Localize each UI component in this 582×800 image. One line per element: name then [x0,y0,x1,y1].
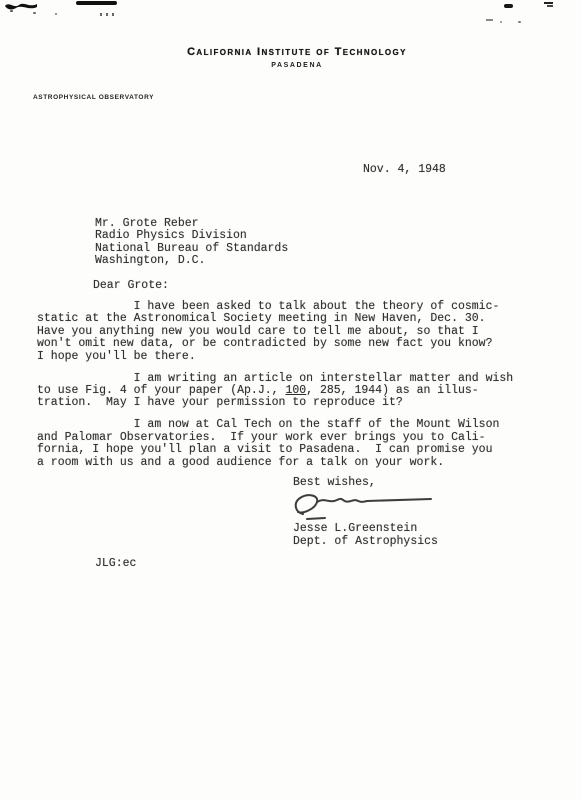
scan-dash-icon [486,19,493,21]
body-line: tration. May I have your permission to r… [37,397,547,409]
body-line: won't omit new data, or be contradicted … [37,338,547,350]
valediction: Best wishes, [293,477,441,489]
body-line: a room with us and a good audience for a… [37,457,547,469]
salutation: Dear Grote: [93,280,169,292]
scan-mark-blob-icon [504,4,513,8]
sender-name: Jesse L.Greenstein [293,523,441,535]
scan-dot-icon [518,21,521,23]
scan-dot-icon [500,21,502,23]
body-line: I am now at Cal Tech on the staff of the… [37,419,547,431]
signature-scribble [289,492,441,522]
letter-date: Nov. 4, 1948 [363,164,446,176]
letterhead-city: Pasadena [0,62,582,69]
body-line: fornia, I hope you'll plan a visit to Pa… [37,444,547,456]
recipient-address: Mr. Grote Reber Radio Physics Division N… [95,218,288,268]
scan-dot-icon [10,10,13,12]
letter-page: California Institute of Technology Pasad… [0,0,582,800]
closing-block: Best wishes, Jesse L.Greenstein Dept. of… [293,477,441,548]
scan-dot-icon [33,12,36,14]
scan-dash-icon [547,5,553,7]
body-line: I hope you'll be there. [37,351,547,363]
paragraph-1: I have been asked to talk about the theo… [37,301,547,363]
scan-dash-icon [544,2,553,4]
scan-mark-bar-icon [76,1,117,5]
scan-dots-icon [100,13,116,16]
sender-title: Dept. of Astrophysics [293,536,441,548]
recipient-division: Radio Physics Division [95,230,288,242]
reference-initials: JLG:ec [95,558,136,570]
letterhead-institution: California Institute of Technology [0,46,582,58]
paragraph-2: I am writing an article on interstellar … [37,373,547,410]
paragraph-3: I am now at Cal Tech on the staff of the… [37,419,547,469]
scan-dot-icon [55,13,57,15]
letterhead-department: Astrophysical Observatory [33,94,154,101]
letter-body: I have been asked to talk about the theo… [37,301,547,479]
recipient-city: Washington, D.C. [95,255,288,267]
body-line: static at the Astronomical Society meeti… [37,313,547,325]
